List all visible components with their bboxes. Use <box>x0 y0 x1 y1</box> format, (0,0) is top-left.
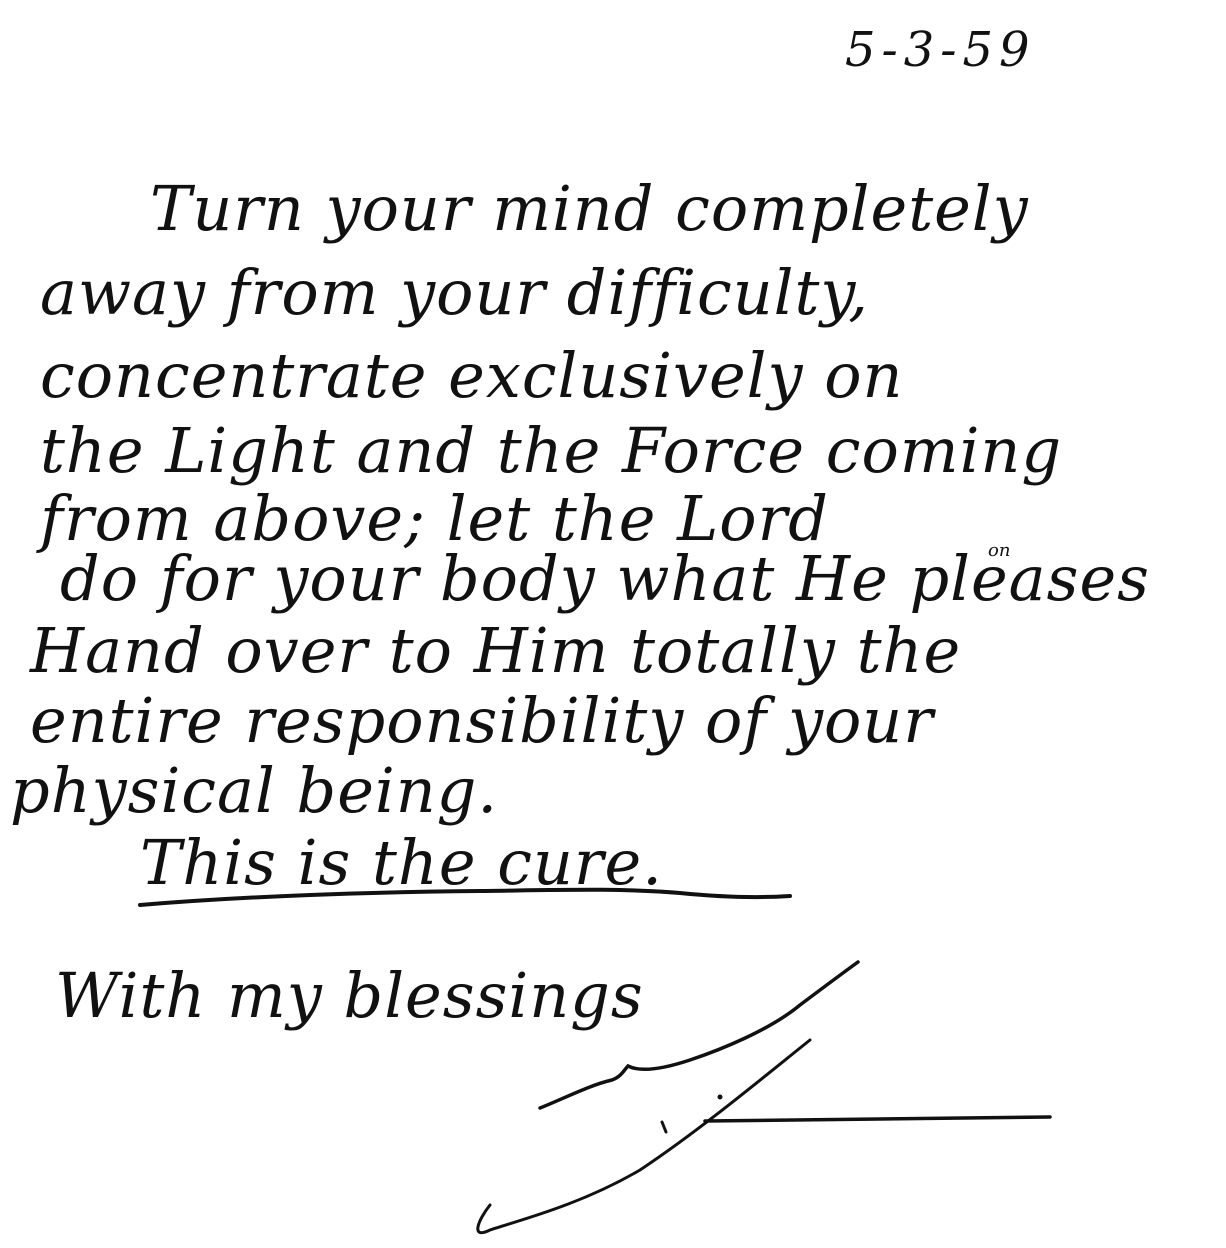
closing-line: With my blessings <box>55 965 644 1027</box>
body-line-2: away from your difficulty, <box>40 262 869 324</box>
body-line-6: do for your body what He pleases <box>60 548 1150 610</box>
body-line-9: physical being. <box>10 760 498 822</box>
letter-date: 5-3-59 <box>845 22 1036 78</box>
body-line-4: the Light and the Force coming <box>40 420 1062 482</box>
body-line-8: entire responsibility of your <box>30 690 934 752</box>
body-line-5: from above; let the Lord <box>40 488 829 550</box>
emphasis-line: This is the cure. <box>140 832 663 894</box>
body-line-3: concentrate exclusively on <box>40 345 903 407</box>
letter-page: 5-3-59 Turn your mind completely away fr… <box>0 0 1226 1248</box>
body-line-1: Turn your mind completely <box>150 178 1029 240</box>
body-line-7: Hand over to Him totally the <box>30 620 961 682</box>
